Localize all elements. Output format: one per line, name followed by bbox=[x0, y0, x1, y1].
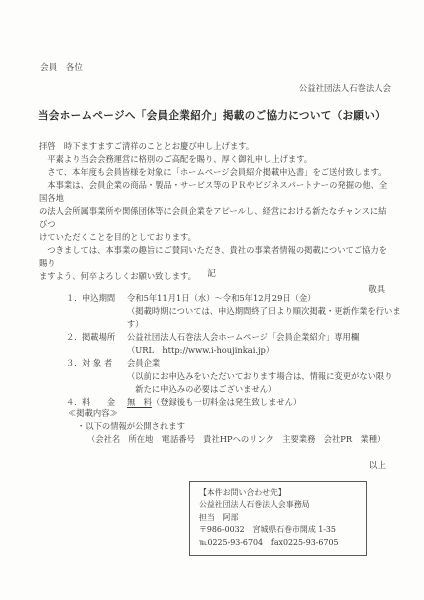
contact-address: 〒986-0032 宮城県石巻市開成 1-35 bbox=[199, 524, 359, 536]
body-line: さて、本年度も会員皆様を対象に「ホームページ会員紹介掲載申込書」をご送付致します… bbox=[39, 166, 388, 179]
items-list: １． 申込期間 令和5年11月1日（水）～令和5年12月29日（金） （掲載時期… bbox=[66, 292, 404, 409]
sender-organization: 公益社団法人石巻法人会 bbox=[299, 82, 391, 94]
content-line: （会社名 所在地 電話番号 貴社HPへのリンク 主要業務 会社PR 業種） bbox=[87, 433, 404, 446]
item-number: ３． bbox=[66, 357, 82, 370]
item-label: 対 象 者 bbox=[82, 357, 127, 370]
contact-box: 【本件お問い合わせ先】 公益社団法人石巻法人会事務局 担当 阿部 〒986-00… bbox=[189, 481, 367, 556]
contact-person: 担当 阿部 bbox=[199, 512, 359, 524]
content-line: ・以下の情報が公開されます bbox=[77, 420, 404, 433]
end-marker: 以上 bbox=[369, 459, 386, 471]
contact-heading: 【本件お問い合わせ先】 bbox=[199, 487, 359, 499]
body-line: けていただくことを目的としております。 bbox=[39, 231, 388, 244]
document-page: 会員 各位 公益社団法人石巻法人会 当会ホームページへ「会員企業紹介」掲載のご協… bbox=[0, 0, 424, 600]
item-note: （以前にお申込みをいただいております場合は、情報に変更がない限り bbox=[127, 370, 404, 383]
recipient-line: 会員 各位 bbox=[40, 61, 83, 73]
fee-note: （登録後も一切料金は発生致しません） bbox=[152, 397, 301, 407]
document-title: 当会ホームページへ「会員企業紹介」掲載のご協力について（お願い） bbox=[0, 108, 424, 123]
item-number: ２． bbox=[66, 331, 82, 344]
ki-marker: 記 bbox=[0, 266, 424, 279]
item-note: 新たに申込みの必要はございません） bbox=[127, 383, 404, 396]
item-label: 掲載場所 bbox=[82, 331, 127, 344]
body-line: 本事業は、会員企業の商品・製品・サービス等のＰＲやビジネスパートナーの発掘の他、… bbox=[39, 179, 388, 205]
fee-free-underlined: 無 料 bbox=[127, 397, 152, 407]
body-line: 拝啓 時下ますますご清祥のこととお慶び申し上げます。 bbox=[39, 140, 388, 153]
content-section: ≪掲載内容≫ ・以下の情報が公開されます （会社名 所在地 電話番号 貴社HPへ… bbox=[68, 407, 404, 446]
item-number: １． bbox=[66, 292, 82, 305]
contact-office: 公益社団法人石巻法人会事務局 bbox=[199, 499, 359, 511]
body-line: の法人会所属事業所や関係団体等に会員企業をアピールし、経営における新たなチャンス… bbox=[39, 205, 388, 231]
item-row-target: ３． 対 象 者 会員企業 bbox=[66, 357, 404, 370]
content-heading: ≪掲載内容≫ bbox=[68, 407, 404, 420]
item-row-application-period: １． 申込期間 令和5年11月1日（水）～令和5年12月29日（金） bbox=[66, 292, 404, 305]
item-row-posting-location: ２． 掲載場所 公益社団法人石巻法人会ホームページ「会員企業紹介」専用欄 bbox=[66, 331, 404, 344]
item-value: 令和5年11月1日（水）～令和5年12月29日（金） bbox=[127, 292, 404, 305]
item-note: （掲載時期については、申込期間終了日より順次掲載・更新作業を行います） bbox=[127, 305, 404, 331]
item-value: 公益社団法人石巻法人会ホームページ「会員企業紹介」専用欄 bbox=[127, 331, 404, 344]
body-line: 平素より当会会務運営に格別のご高配を賜り、厚く御礼申し上げます。 bbox=[39, 153, 388, 166]
item-value: 会員企業 bbox=[127, 357, 404, 370]
item-note-url: （URL http://www.i-houjinkai.jp） bbox=[127, 344, 404, 357]
item-label: 申込期間 bbox=[82, 292, 127, 305]
contact-phone-fax: ℡0225-93-6704 fax0225-93-6705 bbox=[199, 537, 359, 549]
